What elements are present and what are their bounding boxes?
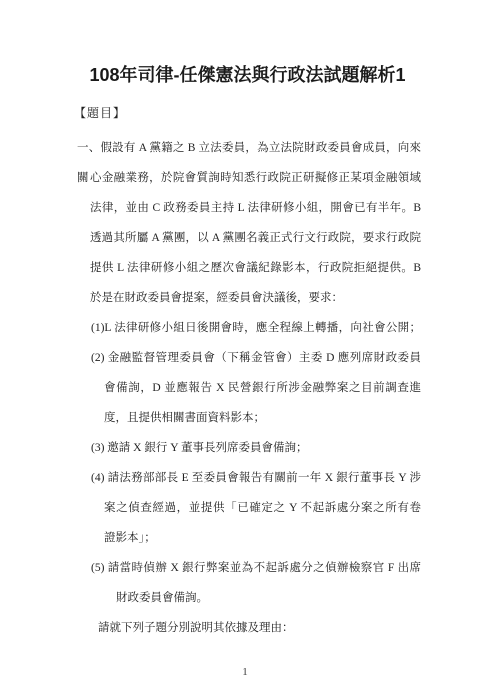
- text-line: 案之偵查經過，並提供「已確定之 Y 不起訴處分案之所有卷: [104, 493, 421, 523]
- text-line: 請就下列子題分別說明其依據及理由：: [98, 613, 421, 643]
- document-page: 108年司律-任傑憲法與行政法試題解析1 【題目】 一、假設有 A 黨籍之 B …: [0, 0, 495, 700]
- text-line: 心金融業務，於院會質詢時知悉行政院正研擬修正某項金融領域: [90, 163, 421, 193]
- page-number: 1: [0, 666, 490, 678]
- text-line: 法律，並由 C 政務委員主持 L 法律研修小組，開會已有半年。B: [90, 193, 421, 223]
- text-line: 證影本」；: [104, 523, 421, 553]
- question-paragraph: 一、假設有 A 黨籍之 B 立法委員，為立法院財政委員會成員，向來關 心金融業務…: [77, 133, 421, 643]
- text-line: 度，且提供相關書面資料影本；: [104, 403, 421, 433]
- text-line: 提供 L 法律研修小組之歷次會議紀錄影本，行政院拒絕提供。B: [90, 253, 421, 283]
- text-line: 財政委員會備詢。: [116, 583, 421, 613]
- page-title: 108年司律-任傑憲法與行政法試題解析1: [0, 61, 495, 87]
- text-line: 透過其所屬 A 黨團，以 A 黨團名義正式行文行政院，要求行政院: [90, 223, 421, 253]
- text-line: 一、假設有 A 黨籍之 B 立法委員，為立法院財政委員會成員，向來關: [77, 133, 421, 163]
- text-line: (3) 邀請 X 銀行 Y 董事長列席委員會備詢；: [91, 433, 421, 463]
- text-line: (5) 請當時偵辦 X 銀行弊案並為不起訴處分之偵辦檢察官 F 出席: [91, 553, 421, 583]
- section-label: 【題目】: [74, 104, 126, 121]
- text-line: (4) 請法務部部長 E 至委員會報告有關前一年 X 銀行董事長 Y 涉: [91, 463, 421, 493]
- text-line: (1)L 法律研修小組日後開會時，應全程線上轉播，向社會公開；: [91, 313, 421, 343]
- text-line: 於是在財政委員會提案，經委員會決議後，要求：: [90, 283, 421, 313]
- text-line: 會備詢，D 並應報告 X 民營銀行所涉金融弊案之目前調查進: [104, 373, 421, 403]
- text-line: (2) 金融監督管理委員會（下稱金管會）主委 D 應列席財政委員: [91, 343, 421, 373]
